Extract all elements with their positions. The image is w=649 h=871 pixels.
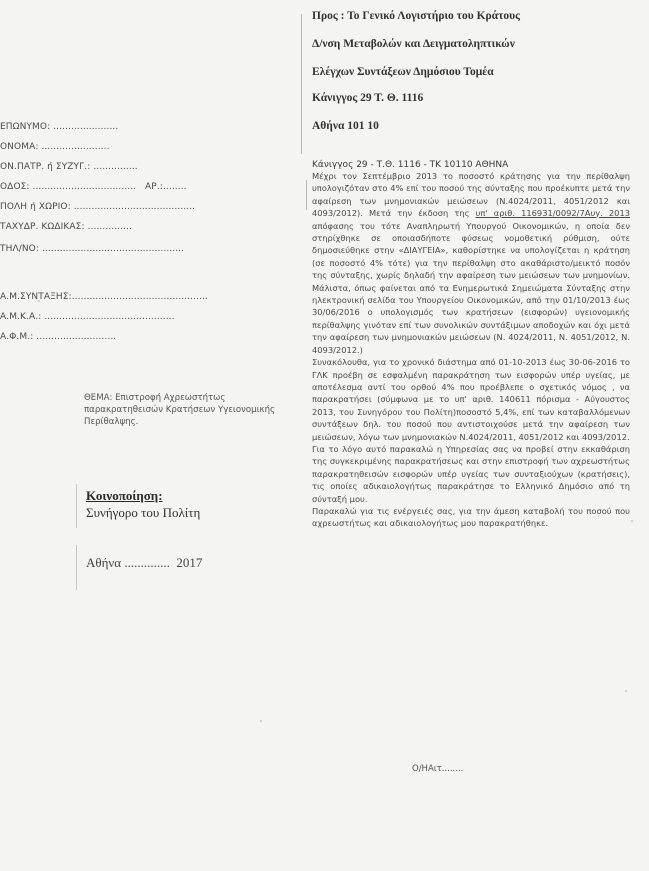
recipient-address-line: Κάνιγγος 29 - Τ.Θ. 1116 - ΤΚ 10110 ΑΘΗΝΑ xyxy=(312,160,508,170)
letter-body: Μέχρι τον Σεπτέμβριο 2013 το ποσοστό κρά… xyxy=(312,170,630,530)
field-city[interactable]: ΠΟΛΗ ή ΧΩΡΙΟ: ..........................… xyxy=(0,202,195,212)
field-afm[interactable]: Α.Φ.Μ.: ........................... xyxy=(0,332,116,342)
signature-line[interactable]: Ο/ΗΑιτ........ xyxy=(412,764,463,774)
scan-speck xyxy=(631,520,633,522)
body-paragraph-2: Συνακόλουθα, για το χρονικό διάστημα από… xyxy=(312,356,630,443)
subject-text: ΘΕΜΑ: Επιστροφή Αχρεωστήτως παρακρατηθει… xyxy=(84,392,284,428)
margin-line xyxy=(301,14,302,154)
field-father-spouse-name[interactable]: ΟΝ.ΠΑΤΡ. ή ΣΥΖΥΓ.: ............... xyxy=(0,162,138,172)
cc-heading: Κοινοποίηση: xyxy=(86,488,163,504)
decision-reference: υπ' αριθ. 116931/0092/ xyxy=(476,208,580,218)
document-page: ΕΠΩΝΥΜΟ: ...................... ΟΝΟΜΑ: .… xyxy=(0,0,649,871)
body-paragraph-4: Παρακαλώ για τις ενέργειές σας, για την … xyxy=(312,505,630,530)
recipient-line-4: Κάνιγγος 29 Τ. Θ. 1116 xyxy=(312,92,423,104)
scan-speck xyxy=(620,280,622,282)
margin-line xyxy=(76,545,77,590)
scan-speck xyxy=(625,690,627,692)
field-surname[interactable]: ΕΠΩΝΥΜΟ: ...................... xyxy=(0,122,118,132)
field-name[interactable]: ΟΝΟΜΑ: ....................... xyxy=(0,142,110,152)
cc-recipient: Συνήγορο του Πολίτη xyxy=(86,505,200,521)
date-year: 2017 xyxy=(176,555,202,570)
recipient-line-2: Δ/νση Μεταβολών και Δειγματοληπτικών xyxy=(312,38,515,50)
decision-date: 7Αυγ. 2013 xyxy=(579,208,630,218)
date-city: Αθήνα xyxy=(86,555,121,570)
scan-speck xyxy=(38,300,40,302)
recipient-line-5: Αθήνα 101 10 xyxy=(312,120,379,132)
body-paragraph-1: Μέχρι τον Σεπτέμβριο 2013 το ποσοστό κρά… xyxy=(312,170,630,356)
recipient-line-3: Ελέγχων Συντάξεων Δημόσιου Τομέα xyxy=(312,66,494,78)
scan-speck xyxy=(260,720,262,722)
field-amka[interactable]: Α.Μ.Κ.Α.: ..............................… xyxy=(0,312,175,322)
body-paragraph-3: Για το λόγο αυτό παρακαλώ η Υπηρεσίας σα… xyxy=(312,443,630,505)
field-phone[interactable]: ΤΗΛ/ΝΟ: ................................… xyxy=(0,244,184,254)
date-line: Αθήνα .............. 2017 xyxy=(86,555,202,571)
field-postal-code[interactable]: ΤΑΧΥΔΡ. ΚΩΔΙΚΑΣ: ............... xyxy=(0,222,132,232)
field-pension-number[interactable]: Α.Μ.ΣΥΝΤΑΞΗΣ:...........................… xyxy=(0,292,208,302)
field-street-number: ΑΡ.: xyxy=(145,182,163,192)
margin-line xyxy=(76,484,77,528)
field-street[interactable]: ΟΔΟΣ: ..................................… xyxy=(0,182,187,192)
recipient-line-1: Προς : Το Γενικό Λογιστήριο του Κράτους xyxy=(312,10,520,22)
margin-line xyxy=(306,180,307,210)
date-blank[interactable]: .............. xyxy=(124,555,170,570)
